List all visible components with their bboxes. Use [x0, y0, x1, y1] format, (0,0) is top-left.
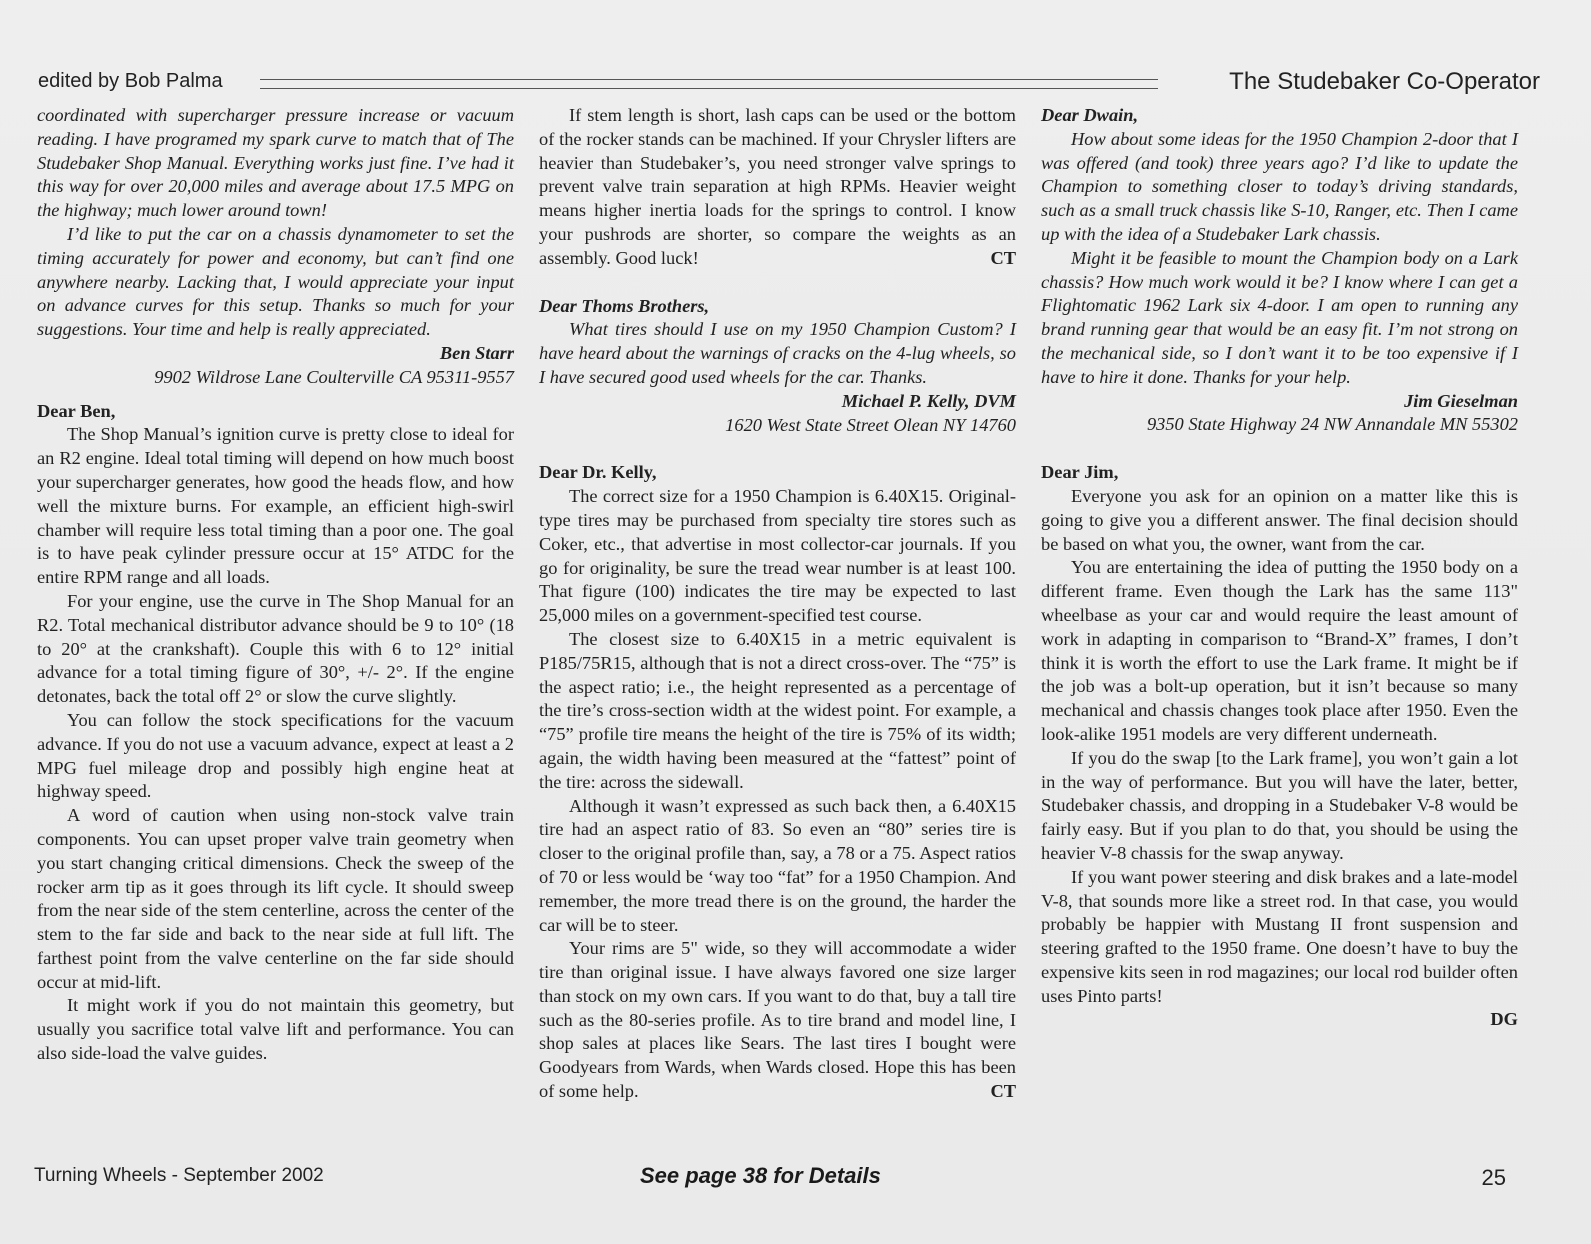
letter-address: 9902 Wildrose Lane Coulterville CA 95311…: [37, 366, 514, 390]
letter-signature: Ben Starr: [440, 342, 514, 366]
letter-salutation: Dear Dwain,: [1041, 104, 1518, 128]
magazine-page: edited by Bob Palma The Studebaker Co-Op…: [0, 0, 1591, 1244]
reply-paragraph: If you do the swap [to the Lark frame], …: [1041, 747, 1518, 866]
letter-text: How about some ideas for the 1950 Champi…: [1041, 128, 1518, 247]
page-footer: Turning Wheels - September 2002 See page…: [34, 1163, 1506, 1193]
letter-signature: Jim Gieselman: [1041, 390, 1518, 414]
column-1: coordinated with supercharger pressure i…: [37, 104, 514, 1066]
letter-text: What tires should I use on my 1950 Champ…: [539, 318, 1016, 389]
running-head: edited by Bob Palma The Studebaker Co-Op…: [38, 70, 1540, 100]
editor-credit: edited by Bob Palma: [38, 70, 223, 93]
letter-address: 1620 West State Street Olean NY 14760: [539, 414, 1016, 438]
letter-salutation: Dear Thoms Brothers,: [539, 295, 1016, 319]
letter-signature: Michael P. Kelly, DVM: [842, 390, 1016, 414]
reply-paragraph: You can follow the stock specifications …: [37, 709, 514, 804]
letter-text: Might it be feasible to mount the Champi…: [1041, 247, 1518, 390]
reply-paragraph: Your rims are 5" wide, so they will acco…: [539, 937, 1016, 1104]
reply-text: If stem length is short, lash caps can b…: [539, 105, 1016, 268]
page-number: 25: [1482, 1165, 1506, 1191]
publication-issue: Turning Wheels - September 2002: [34, 1165, 324, 1187]
reply-paragraph: Everyone you ask for an opinion on a mat…: [1041, 485, 1518, 556]
reply-paragraph: The correct size for a 1950 Champion is …: [539, 485, 1016, 628]
reply-paragraph: Although it wasn’t expressed as such bac…: [539, 795, 1016, 938]
column-2: If stem length is short, lash caps can b…: [539, 104, 1016, 1104]
letter-text: I’d like to put the car on a chassis dyn…: [37, 223, 514, 342]
reply-paragraph: The Shop Manual’s ignition curve is pret…: [37, 423, 514, 590]
reply-paragraph: If stem length is short, lash caps can b…: [539, 104, 1016, 271]
letter-address: 9350 State Highway 24 NW Annandale MN 55…: [1041, 413, 1518, 437]
reply-paragraph: For your engine, use the curve in The Sh…: [37, 590, 514, 709]
reply-salutation: Dear Jim,: [1041, 461, 1518, 485]
reply-initials: CT: [960, 1080, 1016, 1104]
reply-paragraph: You are entertaining the idea of putting…: [1041, 556, 1518, 746]
reply-paragraph: If you want power steering and disk brak…: [1041, 866, 1518, 1009]
reply-text: Your rims are 5" wide, so they will acco…: [539, 938, 1016, 1101]
column-title: The Studebaker Co-Operator: [1229, 68, 1540, 96]
reply-paragraph: A word of caution when using non-stock v…: [37, 804, 514, 994]
signature-line: Ben Starr: [37, 342, 514, 366]
reply-salutation: Dear Dr. Kelly,: [539, 461, 1016, 485]
letter-text: coordinated with supercharger pressure i…: [37, 104, 514, 223]
header-double-rule: [260, 79, 1158, 89]
reply-paragraph: It might work if you do not maintain thi…: [37, 994, 514, 1065]
see-page-notice: See page 38 for Details: [640, 1163, 881, 1189]
reply-initials: CT: [960, 247, 1016, 271]
reply-paragraph: The closest size to 6.40X15 in a metric …: [539, 628, 1016, 795]
column-3: Dear Dwain, How about some ideas for the…: [1041, 104, 1518, 1032]
signature-line: Michael P. Kelly, DVM: [539, 390, 1016, 414]
reply-initials: DG: [1041, 1008, 1518, 1032]
reply-salutation: Dear Ben,: [37, 400, 514, 424]
